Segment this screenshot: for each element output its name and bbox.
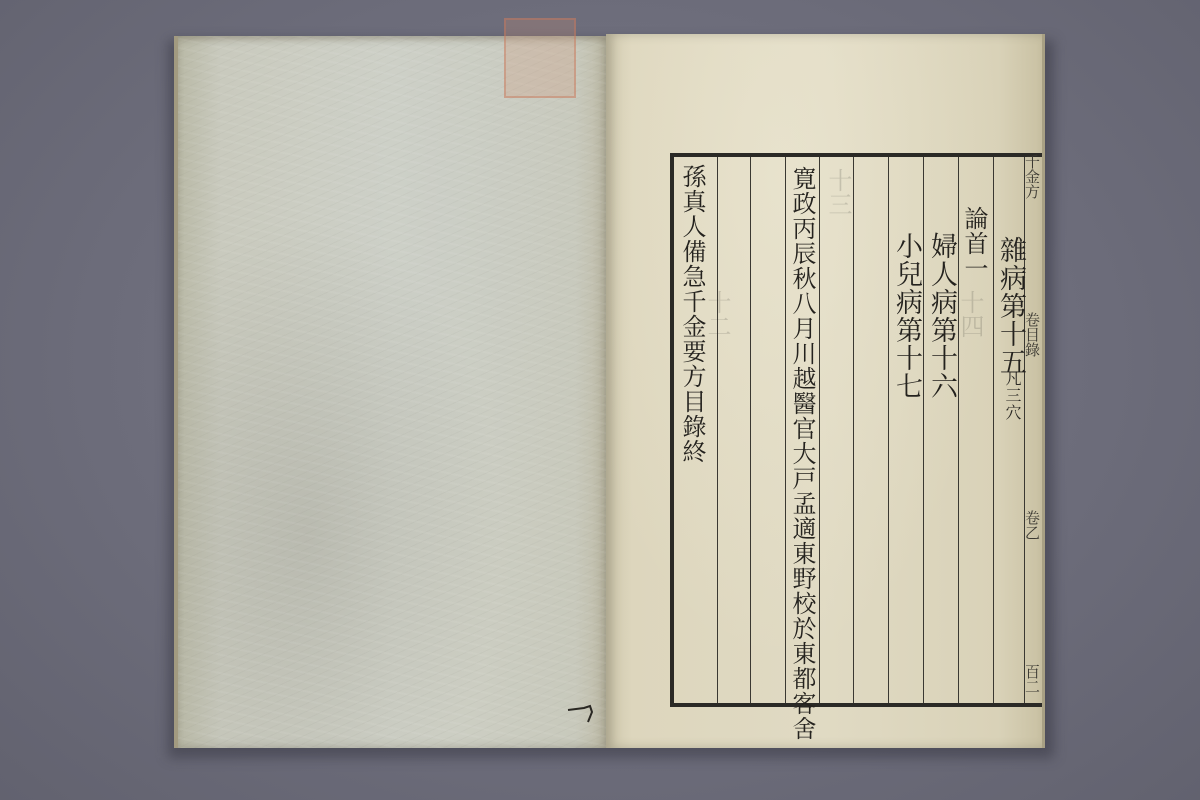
toc-entry-annotation: 凡三穴 bbox=[1004, 370, 1020, 421]
margin-section: 卷目錄 bbox=[1024, 312, 1039, 357]
column-rule bbox=[923, 157, 924, 703]
column-rule bbox=[750, 157, 751, 703]
column-rule bbox=[888, 157, 889, 703]
margin-title: 千金方 bbox=[1024, 154, 1039, 199]
column-rule bbox=[785, 157, 786, 703]
collector-seal bbox=[504, 18, 576, 98]
column-rule bbox=[853, 157, 854, 703]
toc-entry-miscellaneous-diseases: 雜病第十五 bbox=[997, 236, 1024, 376]
toc-entry-womens-diseases: 婦人病第十六 bbox=[928, 232, 955, 400]
margin-volume: 卷乙 bbox=[1024, 510, 1039, 540]
column-rule bbox=[819, 157, 820, 703]
page-number: 百二 bbox=[1024, 664, 1039, 694]
column-rule bbox=[717, 157, 718, 703]
column-rule bbox=[993, 157, 994, 703]
left-page-blank bbox=[174, 36, 610, 748]
toc-subentry-discussion: 論首一 bbox=[962, 206, 986, 281]
column-rule bbox=[958, 157, 959, 703]
closing-title: 孫真人備急千金要方目錄終 bbox=[680, 164, 704, 464]
ink-stain-mark bbox=[566, 702, 606, 724]
paper-texture bbox=[178, 36, 610, 748]
toc-entry-childrens-diseases: 小兒病第十七 bbox=[893, 232, 920, 400]
colophon-text: 寛政丙辰秋八月川越醫官大戸孟適東野校於東都客舍 bbox=[790, 166, 814, 741]
